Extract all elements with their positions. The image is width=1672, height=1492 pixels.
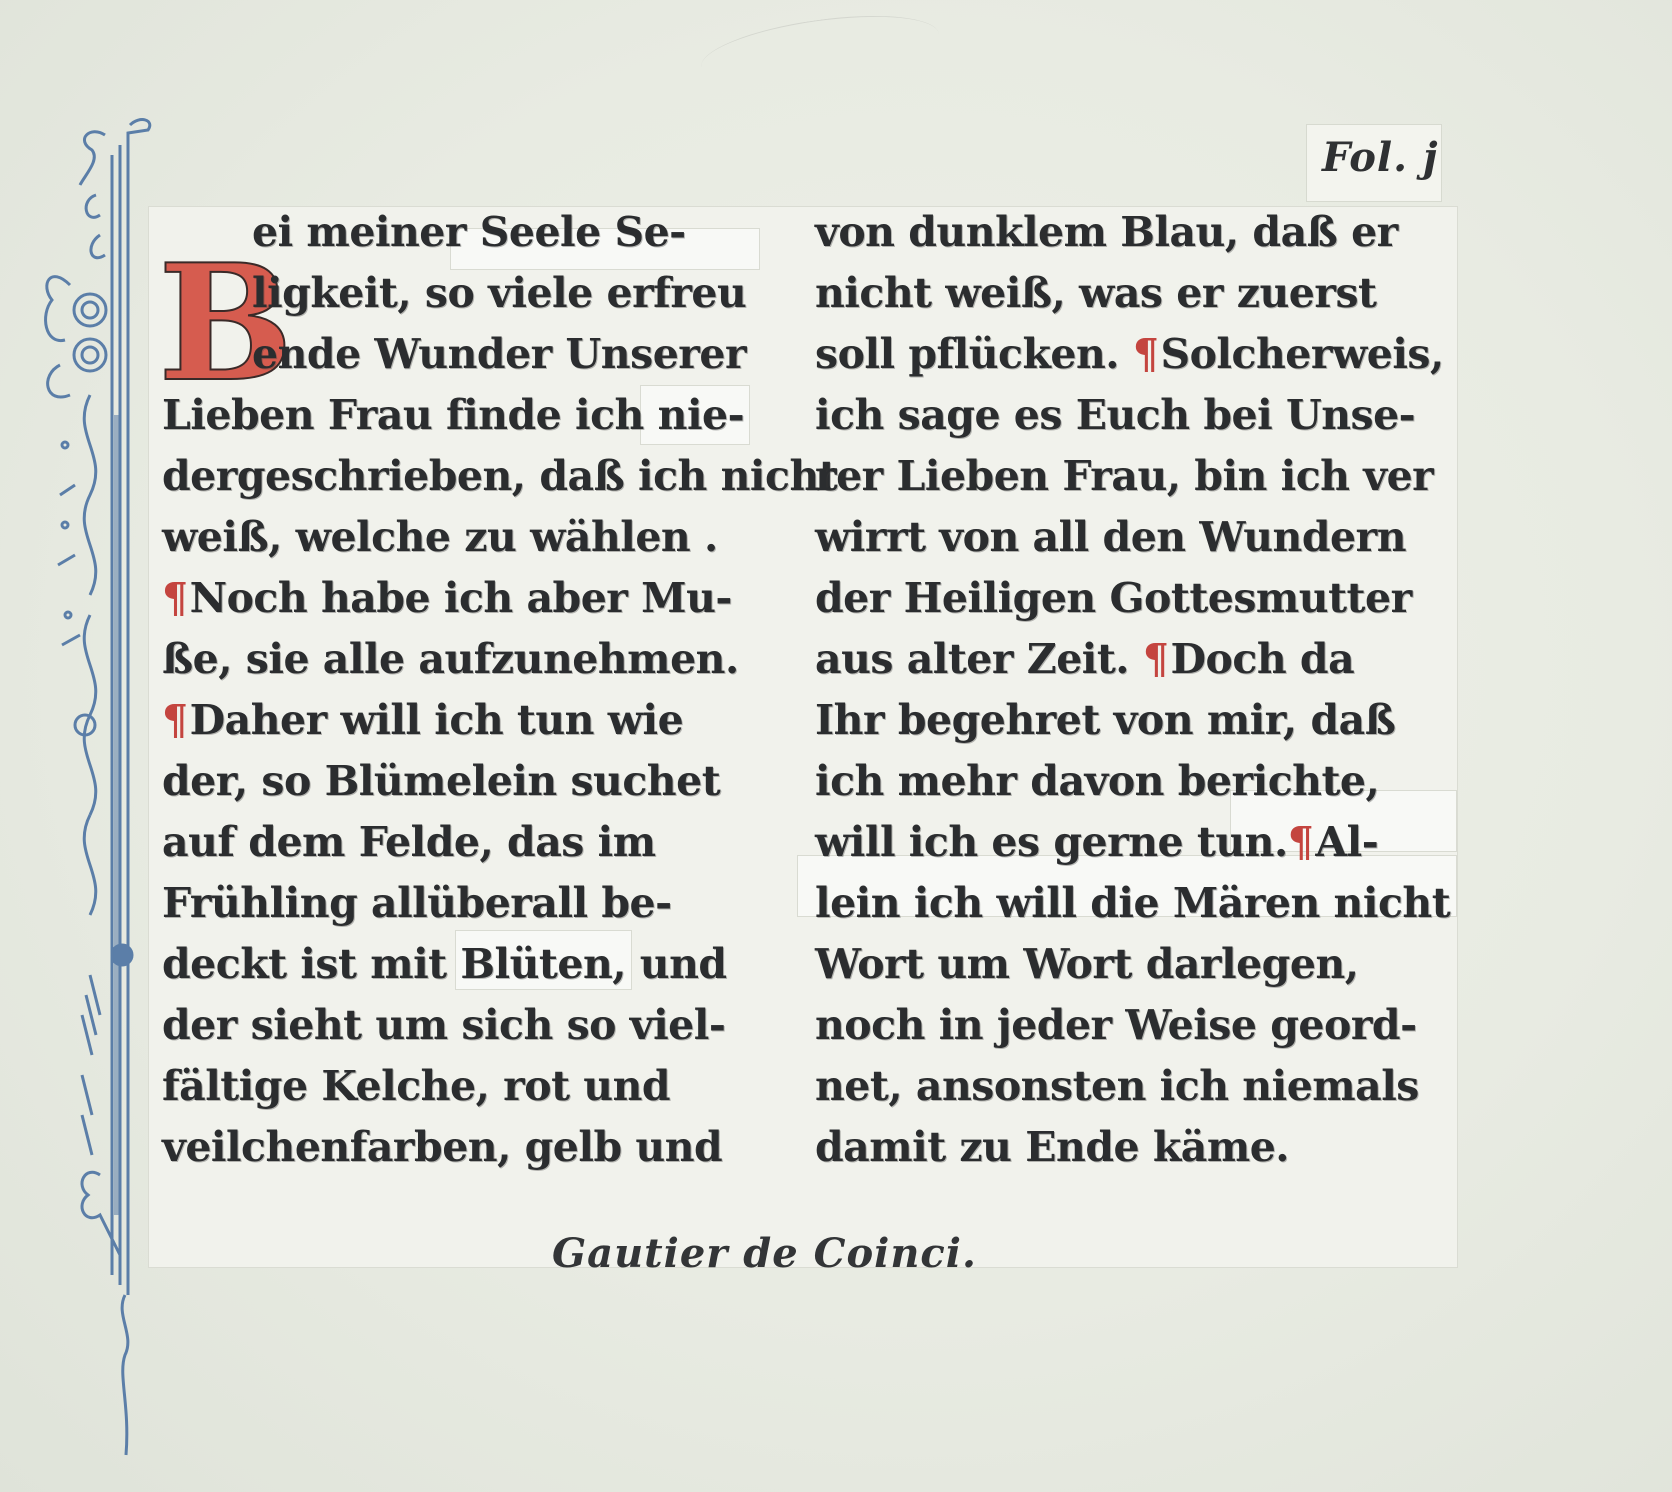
text-line: weiß, welche zu wählen . <box>162 513 718 561</box>
rubric-mark: ¶ <box>1143 635 1169 683</box>
text-line: fältige Kelche, rot und <box>162 1062 670 1110</box>
text-line: wirrt von all den Wundern <box>815 513 1406 561</box>
text-line: ich sage es Euch bei Unse- <box>815 391 1415 439</box>
text-line: deckt ist mit Blüten, und <box>162 940 727 988</box>
line-text: Al- <box>1315 818 1378 866</box>
text-line: ligkeit, so viele erfreu <box>252 269 746 317</box>
text-line: ¶Daher will ich tun wie <box>162 696 683 744</box>
rubric-mark: ¶ <box>1288 818 1314 866</box>
text-line: ße, sie alle aufzunehmen. <box>162 635 739 683</box>
line-text: will ich es gerne tun. <box>815 818 1288 866</box>
rubric-mark: ¶ <box>162 696 188 744</box>
text-line: auf dem Felde, das im <box>162 818 656 866</box>
decorated-initial: B <box>158 248 246 398</box>
line-text: Daher will ich tun wie <box>190 696 684 744</box>
text-line: von dunklem Blau, daß er <box>815 208 1398 256</box>
text-line: dergeschrieben, daß ich nicht <box>162 452 837 500</box>
text-line: soll pflücken. ¶Solcherweis, <box>815 330 1444 378</box>
text-line: der, so Blümelein suchet <box>162 757 720 805</box>
folio-number: Fol. j <box>1322 134 1438 181</box>
pencil-mark <box>697 4 943 98</box>
text-line: rer Lieben Frau, bin ich ver <box>815 452 1433 500</box>
text-line: veilchenfarben, gelb und <box>162 1123 722 1171</box>
line-text: Doch da <box>1170 635 1354 683</box>
text-line: Wort um Wort darlegen, <box>815 940 1359 988</box>
text-line: aus alter Zeit. ¶Doch da <box>815 635 1354 683</box>
author-signature: Gautier de Coinci. <box>552 1230 977 1277</box>
text-line: ich mehr davon berichte, <box>815 757 1379 805</box>
text-line: nicht weiß, was er zuerst <box>815 269 1377 317</box>
text-line: Frühling allüberall be- <box>162 879 672 927</box>
text-line: der Heiligen Gottesmutter <box>815 574 1412 622</box>
text-line: ende Wunder Unserer <box>252 330 746 378</box>
text-line: damit zu Ende käme. <box>815 1123 1289 1171</box>
line-text: aus alter Zeit. <box>815 635 1129 683</box>
text-line: lein ich will die Mären nicht <box>815 879 1450 927</box>
line-text: Noch habe ich aber Mu- <box>190 574 732 622</box>
text-line: Ihr begehret von mir, daß <box>815 696 1395 744</box>
rubric-mark: ¶ <box>1133 330 1159 378</box>
text-line: noch in jeder Weise geord- <box>815 1001 1417 1049</box>
blue-floral-border <box>30 115 160 1460</box>
text-line: der sieht um sich so viel- <box>162 1001 725 1049</box>
text-line: will ich es gerne tun.¶Al- <box>815 818 1378 866</box>
text-line: ei meiner Seele Se- <box>252 208 686 256</box>
text-line: Lieben Frau finde ich nie- <box>162 391 744 439</box>
line-text: soll pflücken. <box>815 330 1119 378</box>
text-line: ¶Noch habe ich aber Mu- <box>162 574 732 622</box>
text-line: net, ansonsten ich niemals <box>815 1062 1419 1110</box>
rubric-mark: ¶ <box>162 574 188 622</box>
line-text: Solcherweis, <box>1160 330 1443 378</box>
